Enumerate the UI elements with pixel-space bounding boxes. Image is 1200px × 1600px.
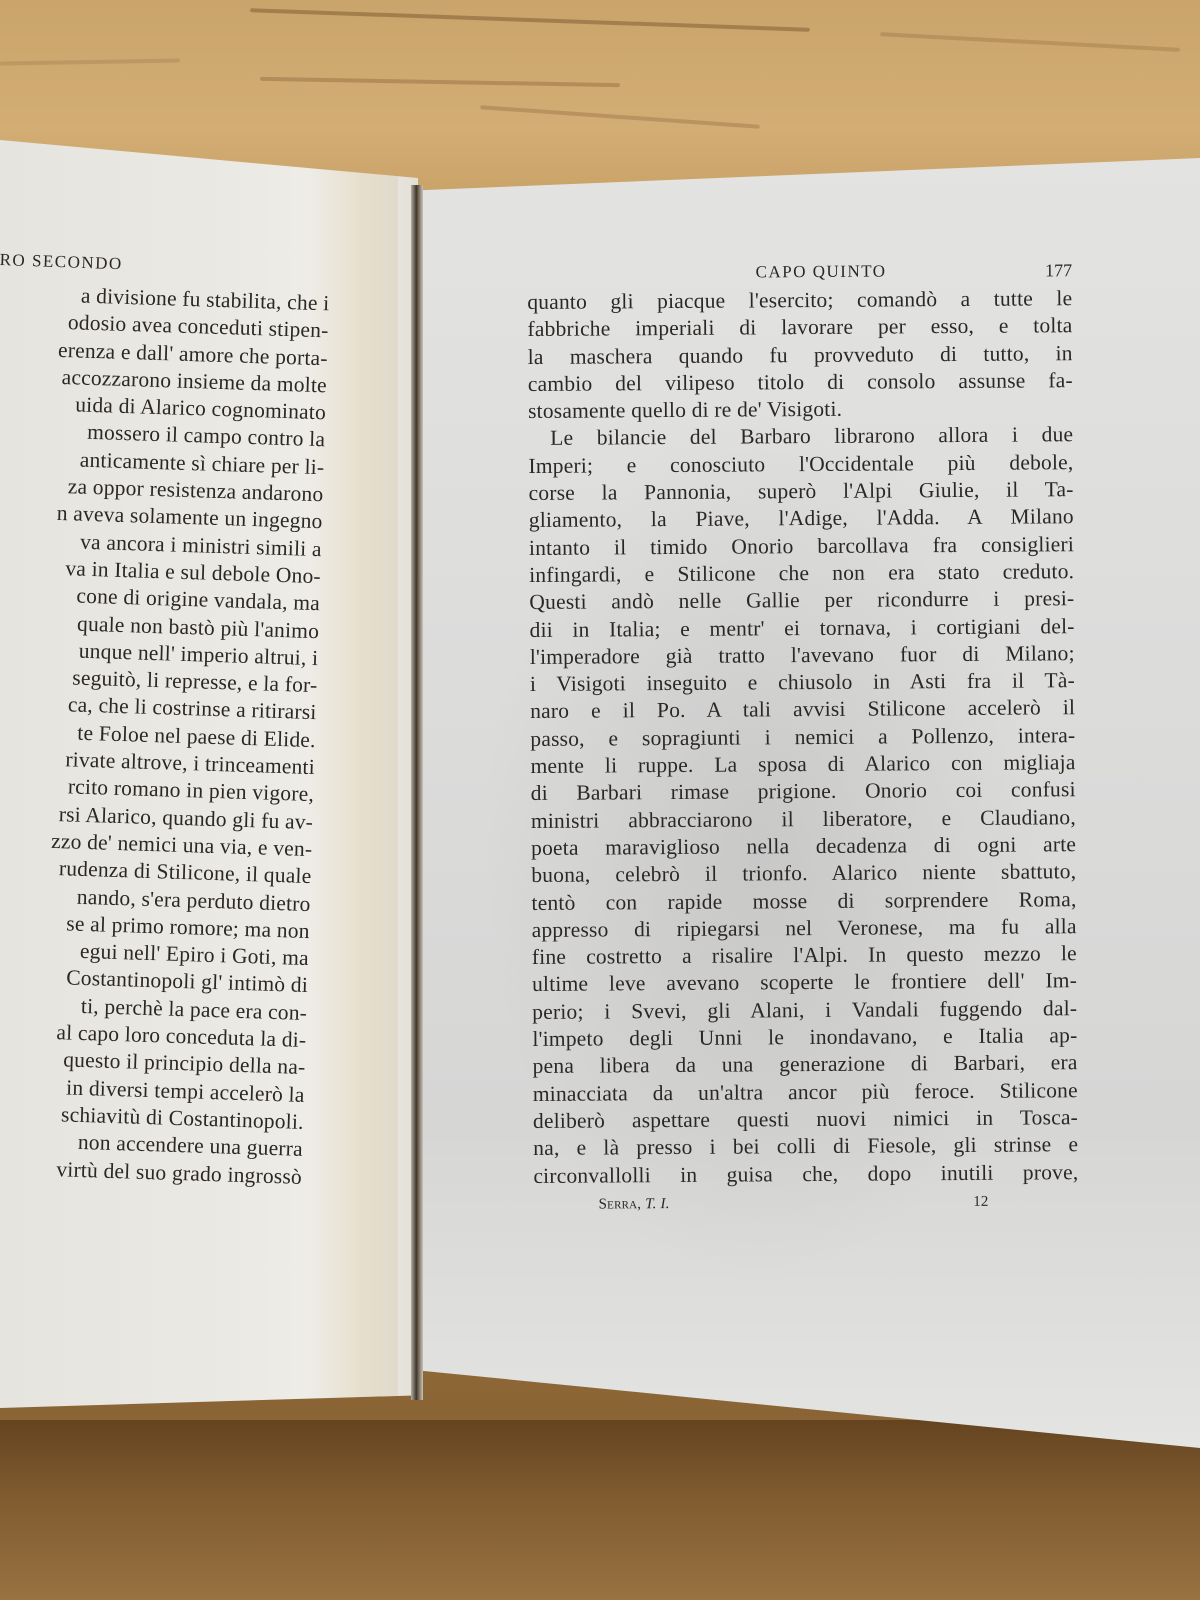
text-line: poeta maraviglioso nella decadenza di og… xyxy=(531,831,1076,862)
footer-volume: T. I. xyxy=(645,1196,670,1212)
wood-grain xyxy=(480,105,760,129)
text-line: intanto il timido Onorio barcollava fra … xyxy=(529,531,1074,562)
paragraph-start: Le bilancie del Barbaro librarono allora… xyxy=(528,422,1073,453)
text-line: dii in Italia; e mentr' ei tornava, i co… xyxy=(529,613,1074,644)
text-line: tentò con rapide mosse di sorprendere Ro… xyxy=(531,886,1076,917)
text-line: minacciata da un'altra ancor più feroce.… xyxy=(533,1077,1078,1108)
wood-grain xyxy=(880,32,1180,52)
right-page-text: CAPO QUINTO 177 quanto gli piacque l'ese… xyxy=(527,256,1079,1219)
left-running-head: RO SECONDO xyxy=(0,250,123,274)
text-line: fine costretto a risalire l'Alpi. In que… xyxy=(532,940,1077,971)
text-line: ultime leve avevano scoperte le frontier… xyxy=(532,968,1077,999)
left-page-text: a divisione fu stabilita, che i odosio a… xyxy=(0,280,330,1191)
text-line: mente li ruppe. La sposa di Alarico con … xyxy=(530,749,1075,780)
book-gutter xyxy=(411,185,423,1400)
gathering-number: 12 xyxy=(973,1189,989,1216)
chapter-title: CAPO QUINTO xyxy=(527,256,1045,288)
text-line: stosamente quello di re de' Visigoti. xyxy=(528,394,1073,425)
text-line: pena libera da una generazione di Barbar… xyxy=(533,1049,1078,1080)
table-shadow xyxy=(0,1420,1200,1600)
text-line: naro e il Po. A tali avvisi Stilicone ac… xyxy=(530,695,1075,726)
page-number: 177 xyxy=(1045,256,1072,284)
right-running-head: CAPO QUINTO 177 xyxy=(527,256,1072,288)
text-line: circonvallolli in guisa che, dopo inutil… xyxy=(533,1159,1078,1190)
text-line: infingardi, e Stilicone che non era stat… xyxy=(529,558,1074,589)
text-line: di Barbari rimase prigione. Onorio coi c… xyxy=(531,777,1076,808)
text-line: la maschera quando fu provveduto di tutt… xyxy=(528,340,1073,371)
text-line: gliamento, la Piave, l'Adige, l'Adda. A … xyxy=(529,504,1074,535)
text-line: fabbriche imperiali di lavorare per esso… xyxy=(527,312,1072,343)
text-line: buona, celebrò il trionfo. Alarico nient… xyxy=(531,858,1076,889)
wood-grain xyxy=(250,8,810,32)
footer-author: Serra xyxy=(599,1196,638,1212)
text-line: na, e là presso i bei colli di Fiesole, … xyxy=(533,1131,1078,1162)
text-line: l'impeto degli Unni le inondavano, e Ita… xyxy=(532,1022,1077,1053)
text-line: Imperi; e conosciuto l'Occidentale più d… xyxy=(528,449,1073,480)
page-footer: Serra, T. I. 12 xyxy=(534,1188,1079,1219)
text-line: appresso di ripiegarsi nel Veronese, ma … xyxy=(532,913,1077,944)
text-line: deliberò aspettare questi nuovi nimici i… xyxy=(533,1104,1078,1135)
wood-grain xyxy=(0,58,180,65)
text-line: ministri abbracciarono il liberatore, e … xyxy=(531,804,1076,835)
text-line: quanto gli piacque l'esercito; comandò a… xyxy=(527,285,1072,316)
text-line: l'imperadore già tratto l'avevano fuor d… xyxy=(530,640,1075,671)
wood-grain xyxy=(260,77,620,87)
text-line: Questi andò nelle Gallie per ricondurre … xyxy=(529,585,1074,616)
text-line: corse la Pannonia, superò l'Alpi Giulie,… xyxy=(529,476,1074,507)
text-line: i Visigoti inseguito e chiusolo in Asti … xyxy=(530,667,1075,698)
text-line: cambio del vilipeso titolo di consolo as… xyxy=(528,367,1073,398)
text-line: perio; i Svevi, gli Alani, i Vandali fug… xyxy=(532,995,1077,1026)
text-line: passo, e sopragiunti i nemici a Pollenzo… xyxy=(530,722,1075,753)
signature-mark: Serra, T. I. xyxy=(599,1191,670,1219)
